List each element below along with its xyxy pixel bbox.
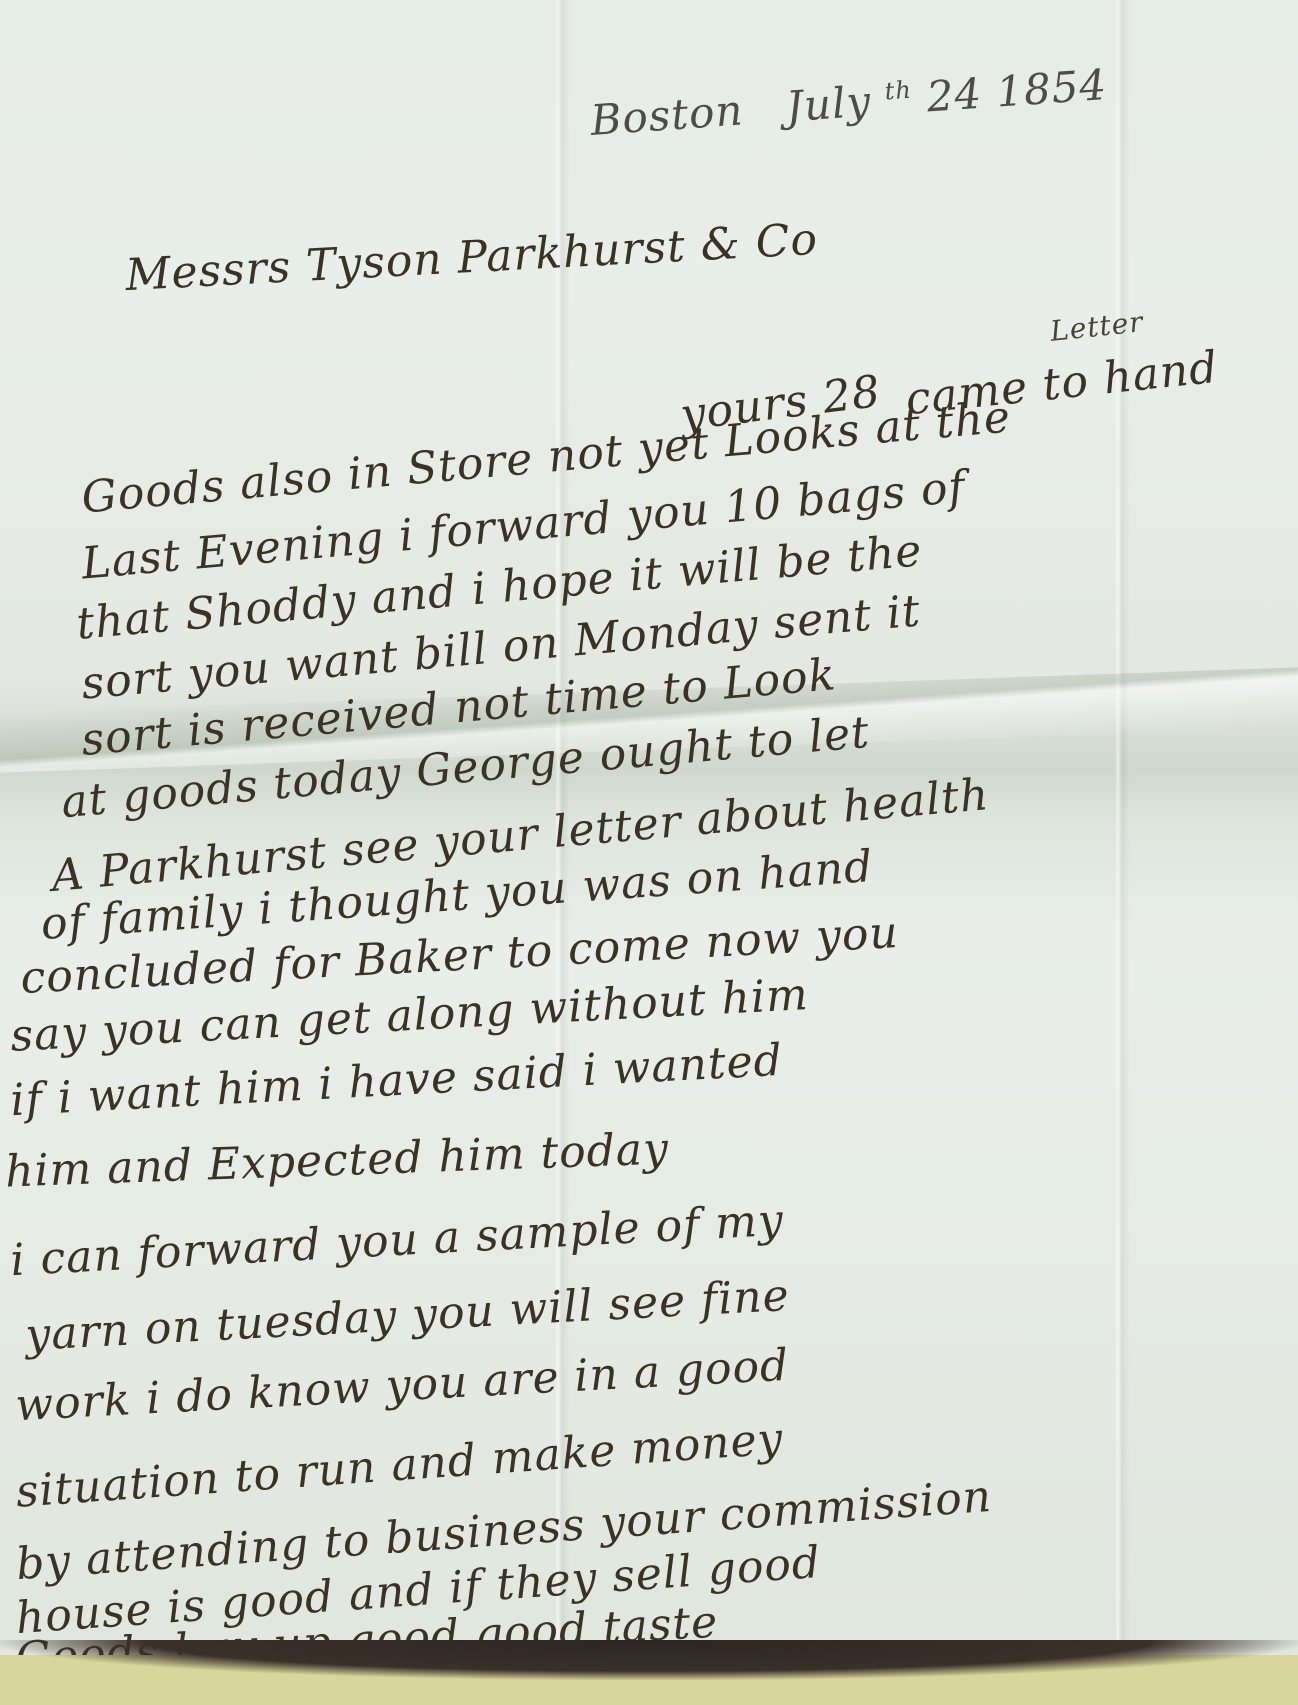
date-year: 1854 <box>995 60 1109 117</box>
date-day: 24 <box>925 69 984 122</box>
date-day-suffix: th <box>884 76 913 106</box>
date-month: July <box>784 77 872 132</box>
paper-shadow <box>0 1640 1298 1680</box>
